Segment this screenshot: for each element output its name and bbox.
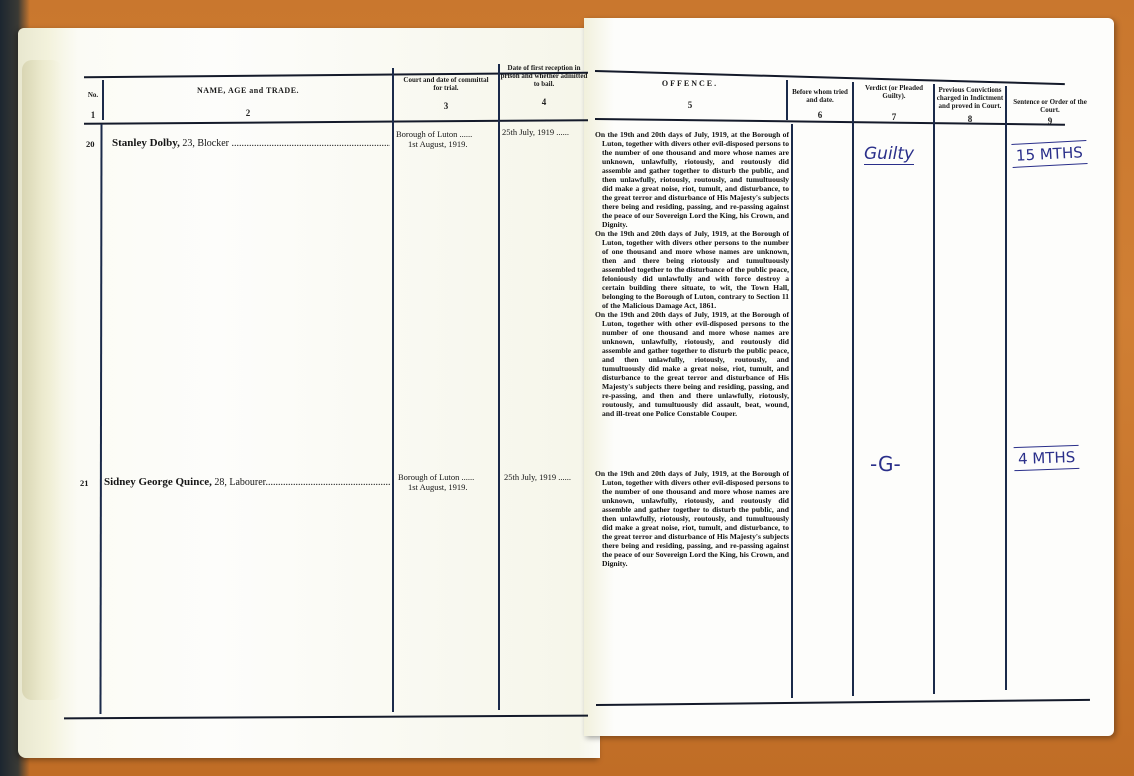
leader-dots: ........................................… (265, 477, 390, 488)
header-previous: Previous Convictions charged in Indictme… (935, 86, 1005, 110)
prisoner-name-text: Sidney George Quince, (104, 476, 212, 488)
header-no-number: 1 (84, 110, 102, 120)
header-verdict-number: 7 (856, 112, 932, 122)
col-divider-2 (392, 68, 394, 712)
committal-date: 1st August, 1919. (408, 482, 468, 492)
header-name: NAME, AGE and TRADE. (104, 87, 392, 95)
header-offence-number: 5 (600, 100, 780, 110)
leader-dots: ........................................… (232, 138, 390, 149)
header-reception-number: 4 (500, 97, 588, 107)
header-reception: Date of first reception in prison and wh… (500, 64, 588, 88)
prisoner-age-trade: 28, Labourer (212, 477, 266, 488)
offence-count-2: On the 19th and 20th days of July, 1919,… (593, 229, 789, 310)
sentence-handwritten: 4 MTHS (1014, 445, 1080, 471)
sentence-handwritten: 15 MTHS (1011, 140, 1087, 168)
header-court: Court and date of committal for trial. (400, 76, 492, 92)
court: Borough of Luton ...... (398, 472, 474, 482)
header-tried-number: 6 (788, 110, 852, 120)
reception-date: 25th July, 1919 ...... (502, 127, 569, 137)
prisoner-age-trade: 23, Blocker (180, 138, 232, 149)
prisoner-name-text: Stanley Dolby, (112, 137, 180, 149)
court: Borough of Luton ...... (396, 129, 472, 139)
col-divider-3 (498, 64, 500, 710)
header-verdict: Verdict (or Pleaded Guilty). (856, 84, 932, 100)
committal-date: 1st August, 1919. (408, 139, 468, 149)
header-sentence: Sentence or Order of the Court. (1008, 98, 1092, 114)
entry-number: 21 (80, 478, 89, 488)
offence-count-1: On the 19th and 20th days of July, 1919,… (593, 130, 789, 229)
offence-count-3: On the 19th and 20th days of July, 1919,… (593, 310, 789, 418)
col-divider-7 (933, 84, 935, 694)
header-no: No. (84, 91, 102, 99)
header-tried: Before whom tried and date. (788, 88, 852, 104)
header-offence: OFFENCE. (600, 80, 780, 88)
prisoner-name: Sidney George Quince, 28, Labourer......… (104, 476, 390, 488)
prisoner-name: Stanley Dolby, 23, Blocker .............… (112, 137, 390, 149)
page-stain (22, 60, 62, 700)
col-divider-6 (852, 82, 854, 696)
col-divider-5b (791, 124, 793, 698)
col-divider-8 (1005, 86, 1007, 690)
header-name-number: 2 (104, 108, 392, 118)
offence-count-1: On the 19th and 20th days of July, 1919,… (593, 469, 789, 568)
header-court-number: 3 (394, 101, 498, 111)
offence-text: On the 19th and 20th days of July, 1919,… (593, 130, 789, 418)
header-sentence-number: 9 (1008, 116, 1092, 126)
header-previous-number: 8 (935, 114, 1005, 124)
verdict-handwritten: Guilty (864, 144, 914, 165)
offence-text: On the 19th and 20th days of July, 1919,… (593, 469, 789, 568)
entry-number: 20 (86, 139, 95, 149)
verdict-handwritten: -G- (870, 452, 901, 476)
reception-date: 25th July, 1919 ...... (504, 472, 571, 482)
